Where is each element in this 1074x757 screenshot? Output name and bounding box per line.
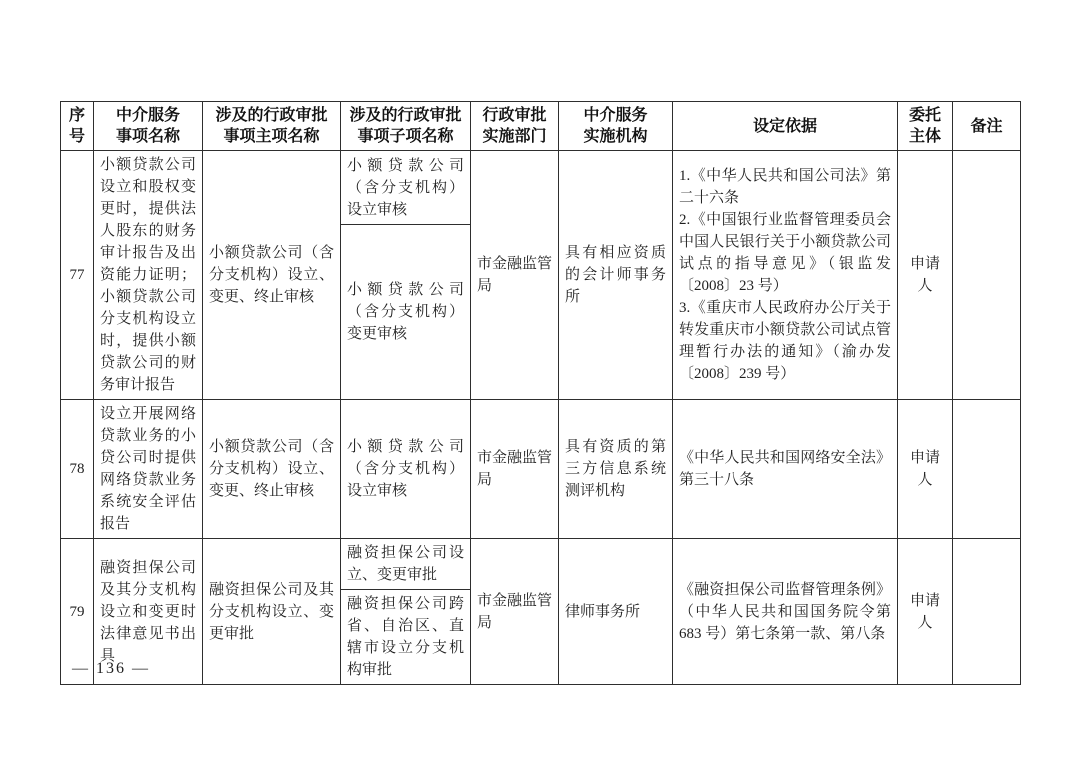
cell-no: 78: [61, 400, 94, 539]
cell-service-item: 小额贷款公司设立和股权变更时，提供法人股东的财务审计报告及出资能力证明；小额贷款…: [94, 151, 203, 400]
table-row-77: 77 小额贷款公司设立和股权变更时，提供法人股东的财务审计报告及出资能力证明；小…: [61, 151, 1021, 225]
cell-basis: 《中华人民共和国网络安全法》第三十八条: [673, 400, 898, 539]
basis-item: 《中华人民共和国网络安全法》第三十八条: [679, 447, 891, 491]
cell-main-item: 小额贷款公司（含分支机构）设立、变更、终止审核: [203, 400, 341, 539]
cell-service-item: 设立开展网络贷款业务的小贷公司时提供网络贷款业务系统安全评估报告: [94, 400, 203, 539]
header-principal: 委托 主体: [898, 102, 953, 151]
header-department: 行政审批 实施部门: [471, 102, 559, 151]
basis-item: 《融资担保公司监督管理条例》（中华人民共和国国务院令第 683 号）第七条第一款…: [679, 579, 891, 645]
cell-sub-item-2: 融资担保公司跨省、自治区、直辖市设立分支机构审批: [341, 590, 471, 685]
cell-department: 市金融监管局: [471, 151, 559, 400]
cell-agency: 具有资质的第三方信息系统测评机构: [559, 400, 673, 539]
cell-remark: [953, 400, 1021, 539]
table-row-79: 79 融资担保公司及其分支机构设立和变更时法律意见书出具 融资担保公司及其分支机…: [61, 539, 1021, 590]
header-remark: 备注: [953, 102, 1021, 151]
header-no: 序 号: [61, 102, 94, 151]
basis-item: 2.《中国银行业监督管理委员会中国人民银行关于小额贷款公司试点的指导意见》（银监…: [679, 209, 891, 297]
basis-item: 1.《中华人民共和国公司法》第二十六条: [679, 165, 891, 209]
cell-agency: 律师事务所: [559, 539, 673, 685]
header-agency: 中介服务 实施机构: [559, 102, 673, 151]
cell-main-item: 融资担保公司及其分支机构设立、变更审批: [203, 539, 341, 685]
intermediary-services-table: 序 号 中介服务 事项名称 涉及的行政审批 事项主项名称 涉及的行政审批 事项子…: [60, 101, 1021, 685]
cell-sub-item-2: 小额贷款公司（含分支机构）变更审核: [341, 225, 471, 400]
cell-sub-item-1: 融资担保公司设立、变更审批: [341, 539, 471, 590]
document-page: 序 号 中介服务 事项名称 涉及的行政审批 事项主项名称 涉及的行政审批 事项子…: [0, 0, 1074, 757]
cell-department: 市金融监管局: [471, 539, 559, 685]
cell-agency: 具有相应资质的会计师事务所: [559, 151, 673, 400]
table-row-78: 78 设立开展网络贷款业务的小贷公司时提供网络贷款业务系统安全评估报告 小额贷款…: [61, 400, 1021, 539]
cell-remark: [953, 539, 1021, 685]
header-sub-item: 涉及的行政审批 事项子项名称: [341, 102, 471, 151]
cell-basis: 《融资担保公司监督管理条例》（中华人民共和国国务院令第 683 号）第七条第一款…: [673, 539, 898, 685]
cell-sub-item-1: 小额贷款公司（含分支机构）设立审核: [341, 151, 471, 225]
header-basis: 设定依据: [673, 102, 898, 151]
cell-remark: [953, 151, 1021, 400]
page-number: — 136 —: [72, 660, 150, 678]
cell-basis: 1.《中华人民共和国公司法》第二十六条 2.《中国银行业监督管理委员会中国人民银…: [673, 151, 898, 400]
cell-main-item: 小额贷款公司（含分支机构）设立、变更、终止审核: [203, 151, 341, 400]
cell-principal: 申请人: [898, 151, 953, 400]
cell-principal: 申请人: [898, 539, 953, 685]
cell-principal: 申请人: [898, 400, 953, 539]
cell-no: 77: [61, 151, 94, 400]
basis-item: 3.《重庆市人民政府办公厅关于转发重庆市小额贷款公司试点管理暂行办法的通知》（渝…: [679, 297, 891, 385]
table-header-row: 序 号 中介服务 事项名称 涉及的行政审批 事项主项名称 涉及的行政审批 事项子…: [61, 102, 1021, 151]
cell-department: 市金融监管局: [471, 400, 559, 539]
header-service-item: 中介服务 事项名称: [94, 102, 203, 151]
cell-sub-item-1: 小额贷款公司（含分支机构）设立审核: [341, 400, 471, 539]
header-main-item: 涉及的行政审批 事项主项名称: [203, 102, 341, 151]
